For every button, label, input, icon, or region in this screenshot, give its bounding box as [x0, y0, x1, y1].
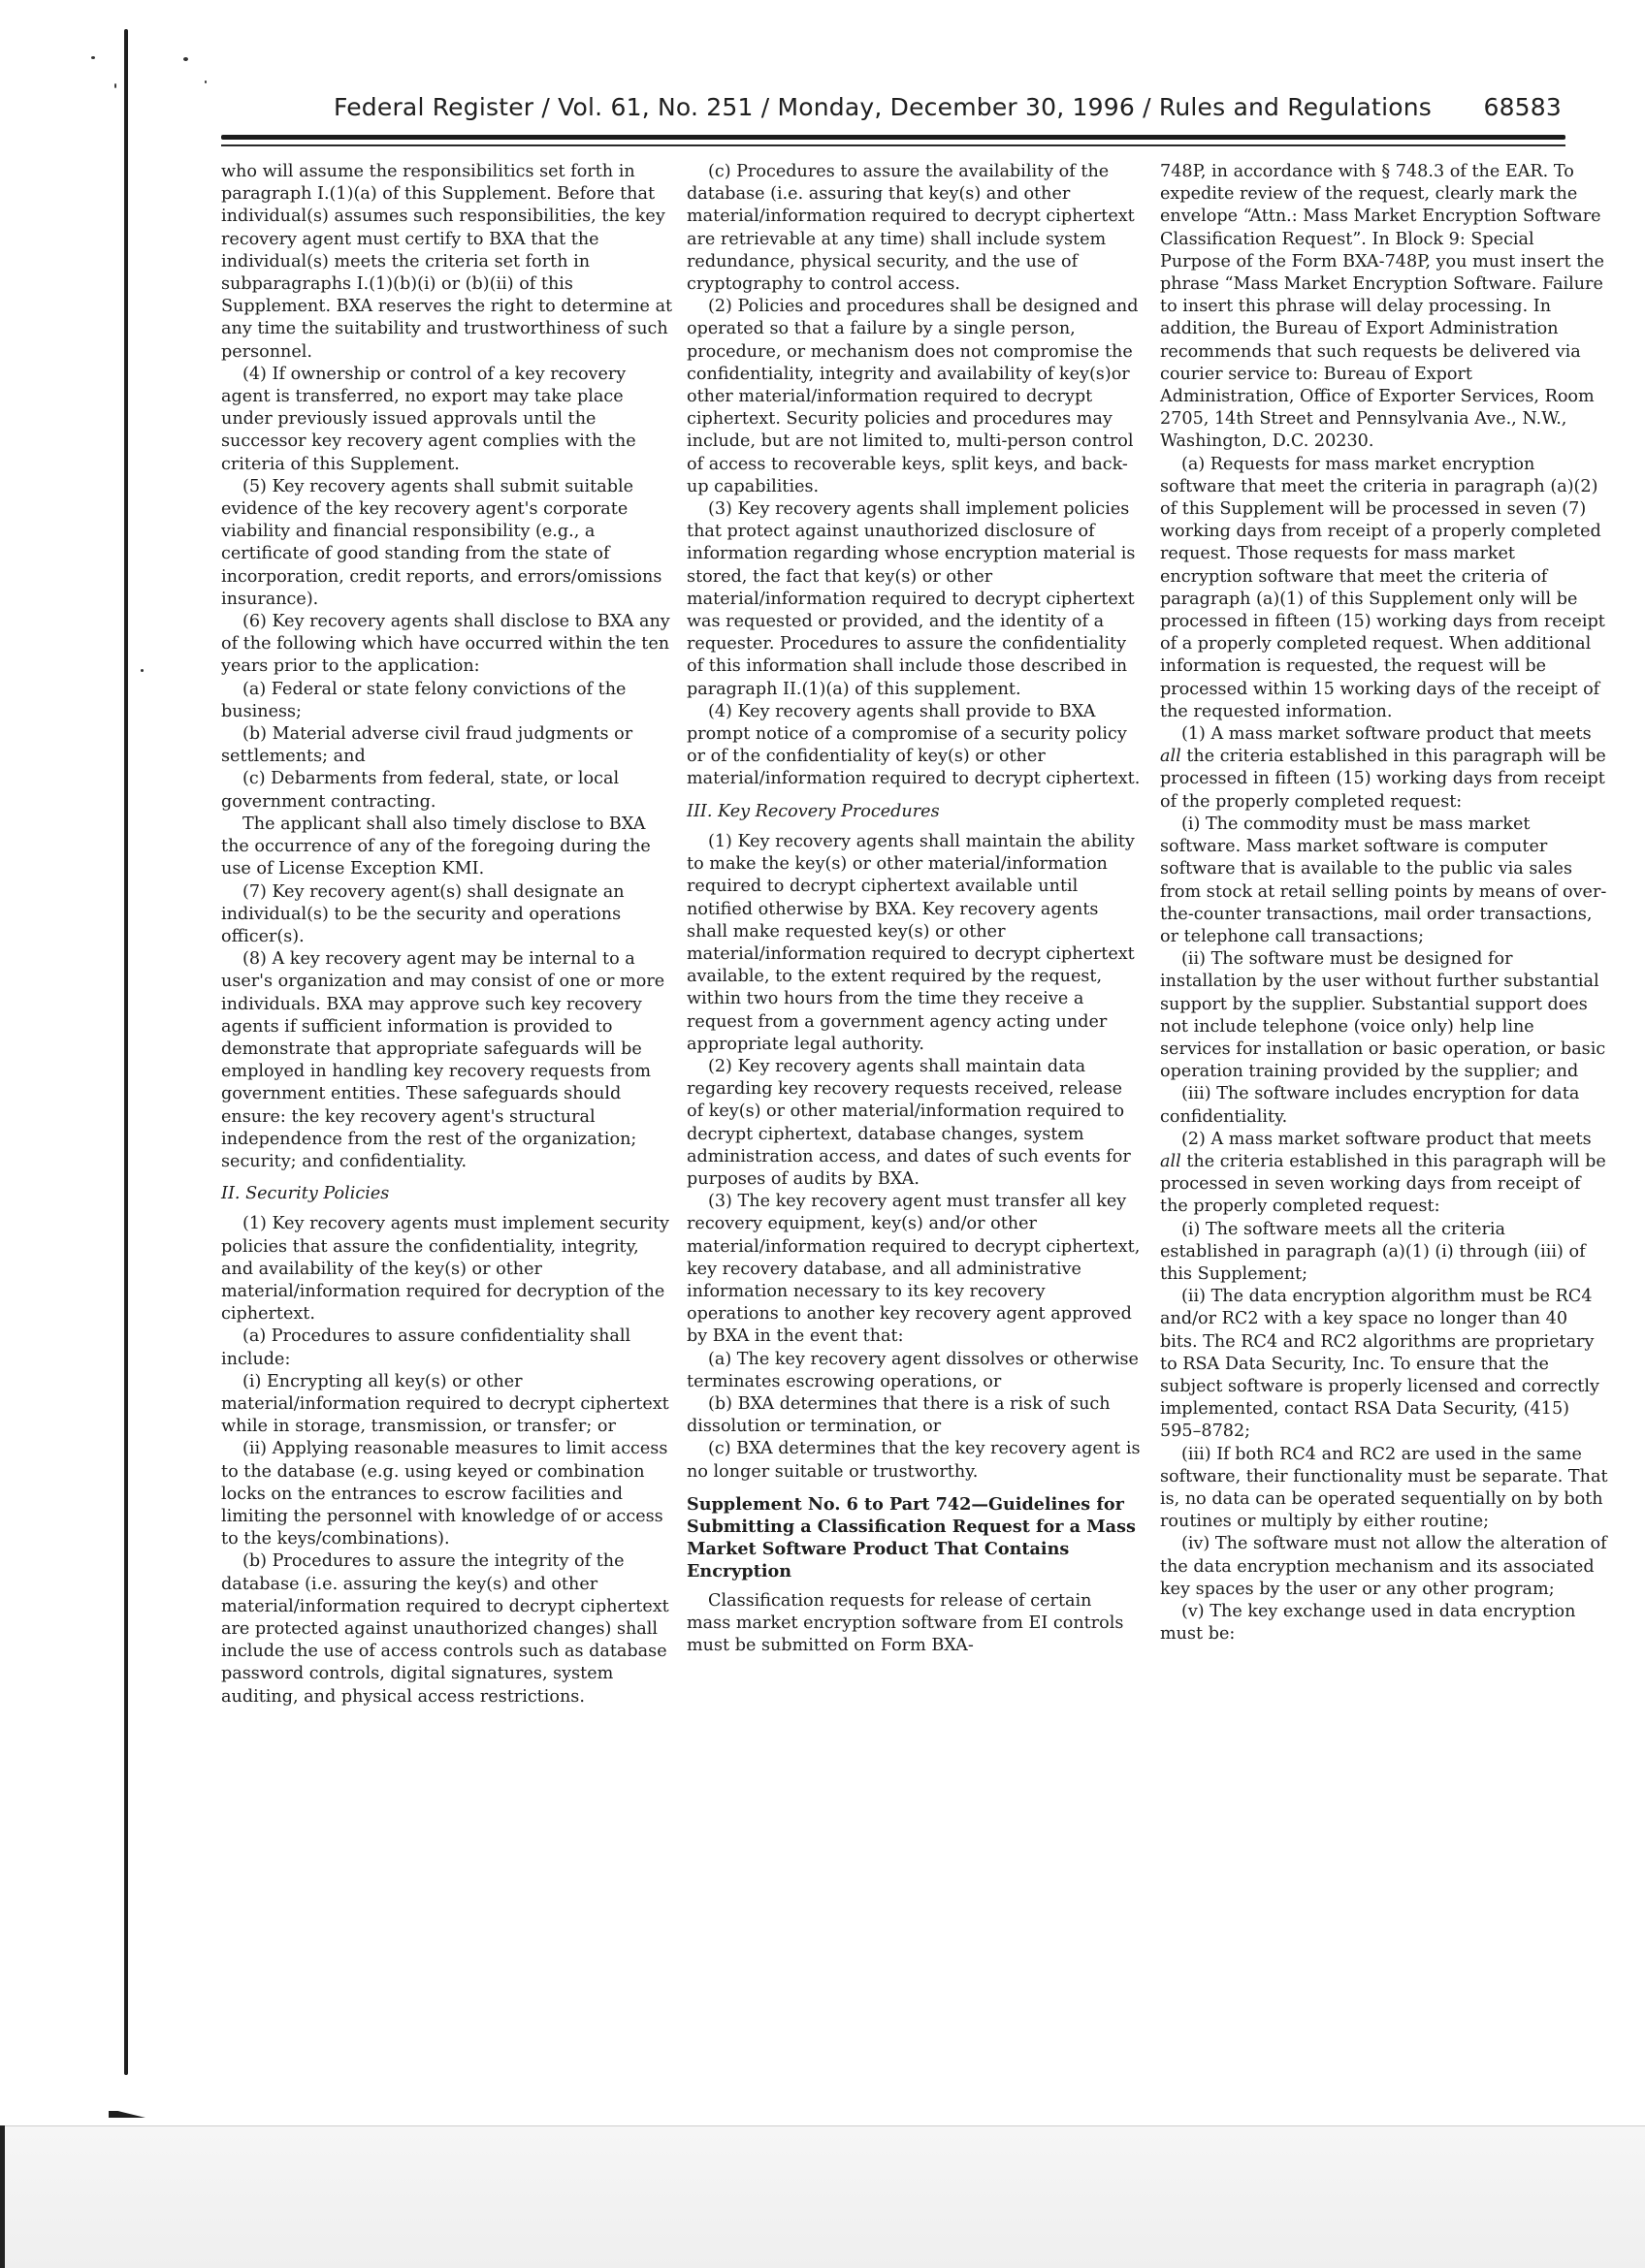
column-right: 748P, in accordance with § 748.3 of the … [1160, 161, 1608, 1645]
section-heading: III. Key Recovery Procedures [687, 801, 1141, 823]
page-number: 68583 [1483, 93, 1562, 121]
section-heading: II. Security Policies [221, 1183, 675, 1205]
scan-speck [183, 57, 188, 61]
paragraph: (ii) The software must be designed for i… [1160, 948, 1608, 1083]
paragraph: (5) Key recovery agents shall submit sui… [221, 476, 675, 611]
scan-bottom-left-edge [0, 2125, 5, 2268]
paragraph: (4) Key recovery agents shall provide to… [687, 701, 1141, 791]
paragraph: Classification requests for release of c… [687, 1590, 1141, 1658]
scan-speck [114, 83, 116, 88]
paragraph: (a) Requests for mass market encryption … [1160, 454, 1608, 723]
page-header: Federal Register / Vol. 61, No. 251 / Mo… [221, 93, 1565, 132]
paragraph: who will assume the responsibilitics set… [221, 161, 675, 364]
paragraph: (c) Procedures to assure the availabilit… [687, 161, 1141, 296]
binding-margin-rule [124, 29, 128, 2075]
paragraph: (b) BXA determines that there is a risk … [687, 1393, 1141, 1438]
emphasis: all [1160, 747, 1181, 766]
supplement-heading: Supplement No. 6 to Part 742—Guidelines … [687, 1493, 1141, 1582]
paragraph: (c) Debarments from federal, state, or l… [221, 768, 675, 813]
paragraph: (1) Key recovery agents shall maintain t… [687, 831, 1141, 1056]
paragraph: (a) Procedures to assure confidentiality… [221, 1326, 675, 1370]
paragraph: (3) Key recovery agents shall implement … [687, 498, 1141, 701]
paragraph: (2) Policies and procedures shall be des… [687, 296, 1141, 498]
scan-speck [91, 56, 95, 59]
publication-title: Federal Register / Vol. 61, No. 251 / Mo… [334, 93, 1432, 121]
header-rule-thin [221, 144, 1565, 146]
paragraph: (iv) The software must not allow the alt… [1160, 1533, 1608, 1601]
paragraph: (8) A key recovery agent may be internal… [221, 948, 675, 1173]
paragraph: (v) The key exchange used in data encryp… [1160, 1601, 1608, 1645]
binding-margin-foot [109, 2111, 145, 2118]
paragraph: (a) Federal or state felony convictions … [221, 679, 675, 723]
column-middle: (c) Procedures to assure the availabilit… [687, 161, 1141, 1657]
paragraph: (2) A mass market software product that … [1160, 1129, 1608, 1219]
paragraph: (i) The software meets all the criteria … [1160, 1219, 1608, 1287]
paragraph: (ii) The data encryption algorithm must … [1160, 1286, 1608, 1443]
paragraph: (b) Material adverse civil fraud judgmen… [221, 723, 675, 768]
column-left: who will assume the responsibilitics set… [221, 161, 675, 1709]
header-rule-thick [221, 135, 1565, 140]
paragraph: (1) A mass market software product that … [1160, 723, 1608, 814]
paragraph: (i) Encrypting all key(s) or other mater… [221, 1371, 675, 1439]
paragraph: (iii) If both RC4 and RC2 are used in th… [1160, 1444, 1608, 1534]
paragraph: (1) Key recovery agents must implement s… [221, 1213, 675, 1326]
paragraph: (7) Key recovery agent(s) shall designat… [221, 881, 675, 949]
scan-bottom-edge [0, 2125, 1645, 2268]
emphasis: all [1160, 1152, 1181, 1171]
paragraph: (c) BXA determines that the key recovery… [687, 1438, 1141, 1483]
paragraph: (ii) Applying reasonable measures to lim… [221, 1438, 675, 1550]
scan-speck [205, 80, 207, 83]
paragraph: (a) The key recovery agent dissolves or … [687, 1349, 1141, 1393]
scan-speck [141, 669, 144, 672]
paragraph: (b) Procedures to assure the integrity o… [221, 1550, 675, 1708]
paragraph: (4) If ownership or control of a key rec… [221, 364, 675, 476]
paragraph: (6) Key recovery agents shall disclose t… [221, 611, 675, 679]
paragraph: 748P, in accordance with § 748.3 of the … [1160, 161, 1608, 454]
paragraph: (3) The key recovery agent must transfer… [687, 1191, 1141, 1348]
paragraph: (i) The commodity must be mass market so… [1160, 814, 1608, 948]
paragraph: (iii) The software includes encryption f… [1160, 1083, 1608, 1128]
paragraph: The applicant shall also timely disclose… [221, 814, 675, 881]
paragraph: (2) Key recovery agents shall maintain d… [687, 1056, 1141, 1191]
